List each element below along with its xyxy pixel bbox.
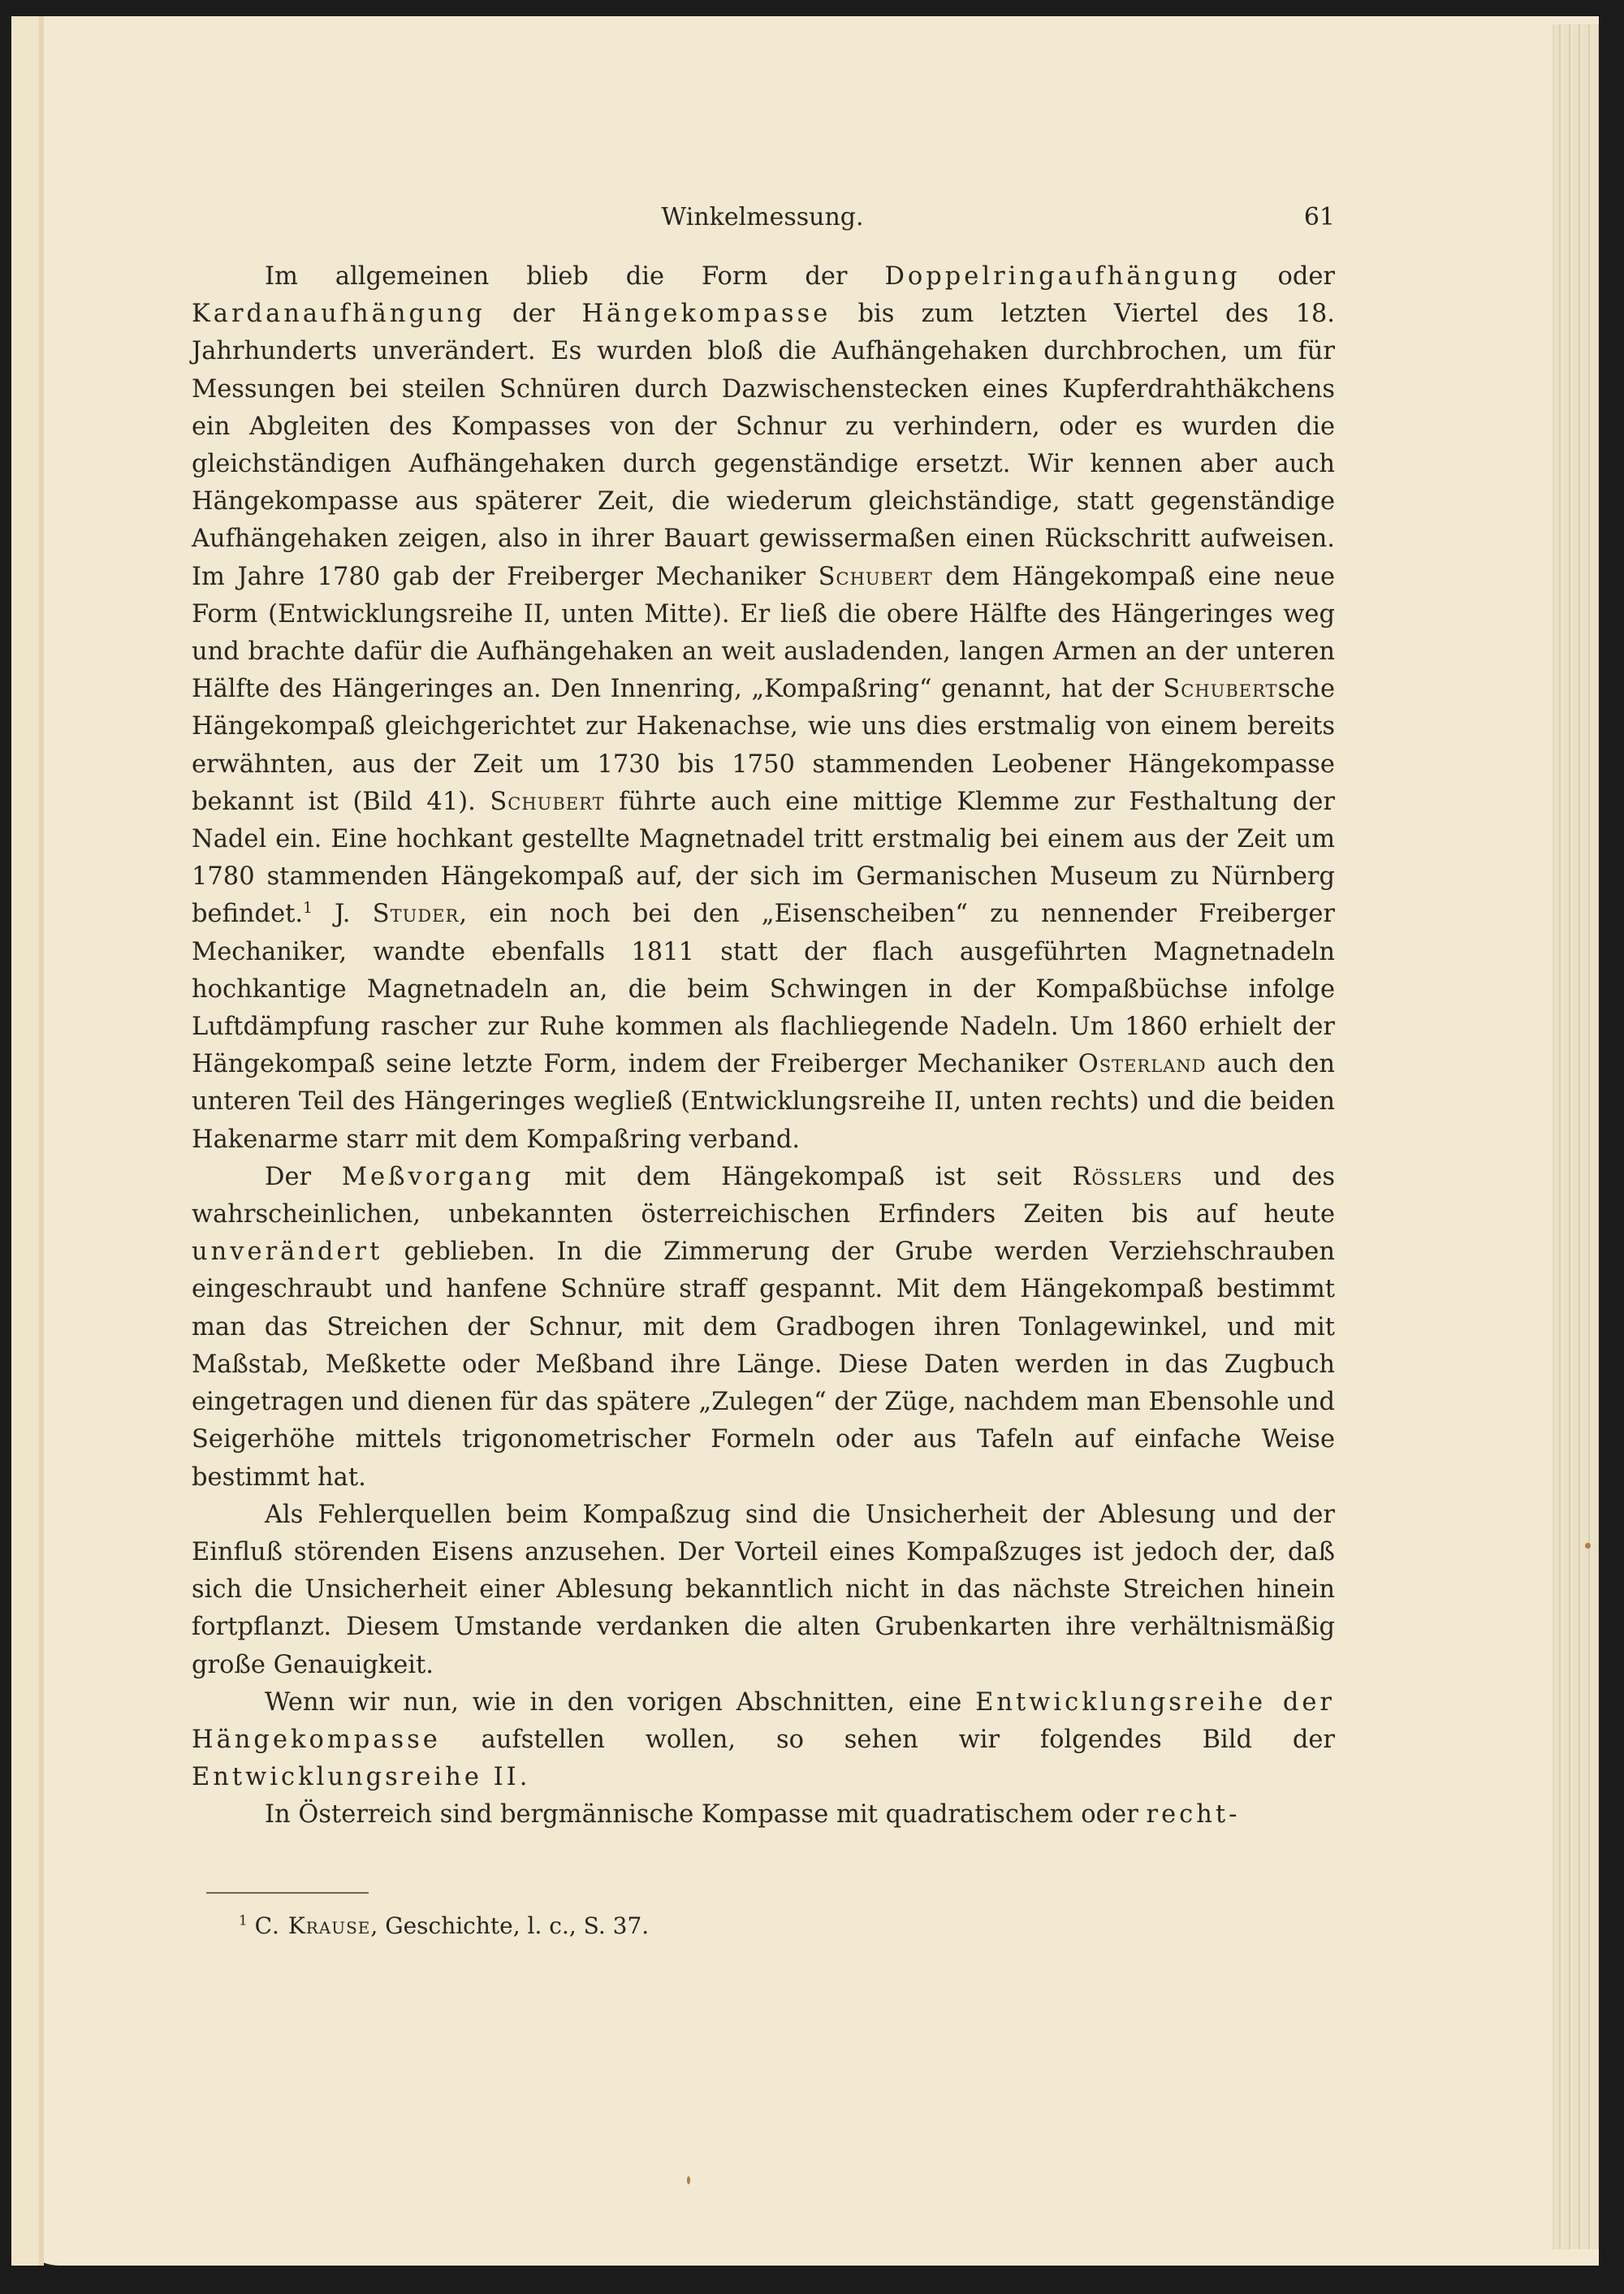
text-run: Der [265,1163,342,1191]
footnote-text: , Geschichte, l. c., S. 37. [370,1912,649,1939]
paper-blemish [1585,1543,1591,1549]
text-run: mit dem Hängekompaß ist seit [534,1163,1073,1191]
smallcaps-text: Schubert [490,788,604,816]
text-run: Im allgemeinen blieb die Form der [265,262,884,291]
smallcaps-text: Studer [373,900,460,928]
facing-page-edge [11,16,44,2266]
running-title: Winkelmessung. [190,203,1335,231]
smallcaps-text: Schubert [818,563,933,591]
text-run: bis zum letzten Viertel des 18. Jahrhund… [192,300,1335,590]
page-number: 61 [1304,203,1335,231]
footnote-reference: 1 [303,900,313,917]
text-run: Wenn wir nun, wie in den vorigen Abschni… [265,1688,975,1717]
paragraph: Als Fehlerquellen beim Kompaßzug sind di… [192,1497,1335,1684]
paragraph: Der Meßvorgang mit dem Hängekompaß ist s… [192,1159,1335,1497]
page-stack-edges [1553,24,1599,2249]
spaced-text: Entwicklungsreihe II [192,1763,520,1791]
spaced-text: Doppelringaufhängung [884,262,1240,291]
footnote-marker: 1 [239,1912,248,1929]
spaced-text: Hängekompasse [581,300,831,328]
text-run: oder [1241,262,1335,291]
spaced-text: recht- [1147,1800,1241,1829]
spaced-text: Meßvorgang [342,1163,534,1191]
paragraph: Wenn wir nun, wie in den vorigen Abschni… [192,1684,1335,1797]
footnote-rule [206,1892,369,1894]
text-run: In Österreich sind bergmännische Kompass… [265,1800,1147,1829]
spaced-text: Kardanaufhängung [192,300,486,328]
text-run: Als Fehlerquellen beim Kompaßzug sind di… [192,1501,1335,1679]
footnote-author: C. Krause [255,1912,371,1939]
text-run: J. [313,900,373,928]
paper-blemish [687,2176,690,2184]
text-run: der [486,300,582,328]
body-text: Im allgemeinen blieb die Form der Doppel… [192,258,1335,1834]
spaced-text: unverändert [192,1238,382,1266]
text-run: aufstellen wollen, so sehen wir folgende… [441,1726,1335,1754]
paragraph: In Österreich sind bergmännische Kompass… [192,1796,1335,1834]
footnote: 1 C. Krause, Geschichte, l. c., S. 37. [239,1912,649,1939]
text-run: geblieben. In die Zimmerung der Grube we… [192,1238,1335,1491]
smallcaps-text: Osterland [1078,1050,1207,1078]
paragraph: Im allgemeinen blieb die Form der Doppel… [192,258,1335,1159]
smallcaps-text: Schubert [1163,675,1277,703]
book-page: Winkelmessung. 61 Im allgemeinen blieb d… [11,16,1599,2266]
text-run: . [520,1763,528,1791]
running-header: Winkelmessung. 61 [190,203,1335,235]
smallcaps-text: Rösslers [1072,1163,1182,1191]
